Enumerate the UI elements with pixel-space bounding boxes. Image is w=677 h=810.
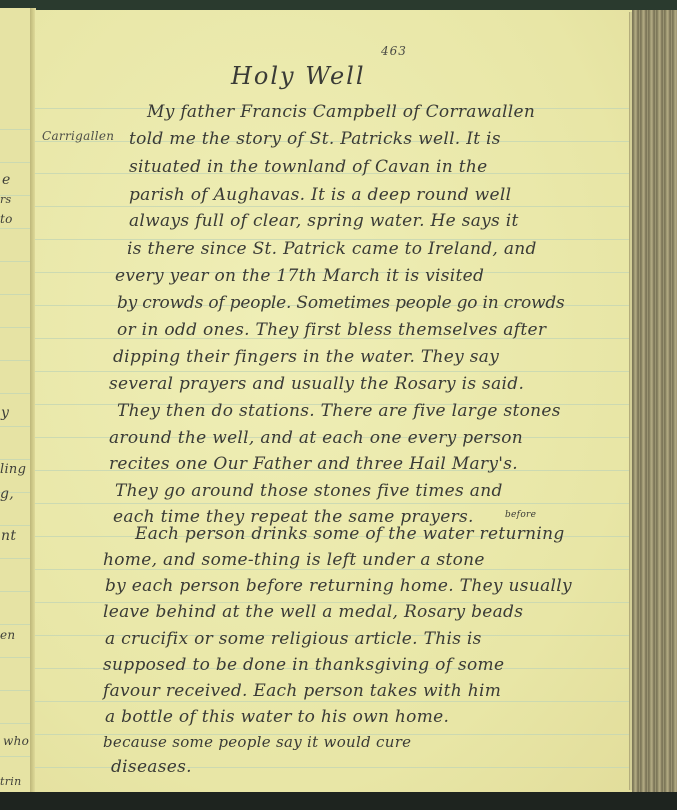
fragment-text: trin <box>0 775 21 788</box>
text-line: by crowds of people. Sometimes people go… <box>117 293 565 313</box>
text-line: favour received. Each person takes with … <box>103 681 501 701</box>
text-line: several prayers and usually the Rosary i… <box>109 374 524 394</box>
text-line: Each person drinks some of the water ret… <box>135 524 565 544</box>
fragment-text: rs <box>0 193 12 206</box>
text-line: dipping their fingers in the water. They… <box>113 347 499 367</box>
notebook-page: 463 Holy Well Carrigallen My father Fran… <box>35 10 635 792</box>
text-line: leave behind at the well a medal, Rosary… <box>103 602 523 622</box>
fragment-text: en <box>0 628 15 642</box>
text-line: They then do stations. There are five la… <box>117 401 561 421</box>
text-line: or in odd ones. They first bless themsel… <box>117 320 546 340</box>
text-line: because some people say it would cure <box>103 732 411 752</box>
text-line: every year on the 17th March it is visit… <box>115 266 484 286</box>
text-line: parish of Aughavas. It is a deep round w… <box>129 185 511 205</box>
text-line: is there since St. Patrick came to Irela… <box>127 239 537 259</box>
fragment-text: who <box>3 734 29 748</box>
text-line: recites one Our Father and three Hail Ma… <box>109 454 518 474</box>
text-line: around the well, and at each one every p… <box>109 428 523 448</box>
fragment-text: nt <box>1 528 16 544</box>
fragment-text: e <box>2 172 11 188</box>
text-line: home, and some-thing is left under a sto… <box>103 550 485 570</box>
previous-page-strip: e rs to y ling g, nt en who trin <box>0 8 33 792</box>
page-title: Holy Well <box>231 62 366 90</box>
text-line: situated in the townland of Cavan in the <box>129 157 487 177</box>
text-line: a crucifix or some religious article. Th… <box>105 629 482 649</box>
text-line: They go around those stones five times a… <box>115 481 503 501</box>
scan-border-top <box>0 0 677 10</box>
fragment-text: ling <box>0 462 26 477</box>
book-page-edges <box>632 10 677 792</box>
fragment-text: y <box>1 405 9 421</box>
text-line: My father Francis Campbell of Corrawalle… <box>147 102 535 122</box>
text-line: diseases. <box>111 757 192 777</box>
scan-border-bottom <box>0 792 677 810</box>
fragment-text: g, <box>0 486 14 502</box>
page-number: 463 <box>381 44 407 58</box>
insertion-note: before <box>505 510 536 520</box>
margin-note: Carrigallen <box>42 129 114 143</box>
text-line: by each person before returning home. Th… <box>105 576 572 596</box>
text-line: always full of clear, spring water. He s… <box>129 211 519 231</box>
text-line: told me the story of St. Patricks well. … <box>129 129 501 149</box>
text-line: supposed to be done in thanksgiving of s… <box>103 655 504 675</box>
text-line: a bottle of this water to his own home. <box>105 707 449 727</box>
fragment-text: to <box>0 212 13 226</box>
document-viewer: e rs to y ling g, nt en who trin 463 <box>0 0 677 810</box>
